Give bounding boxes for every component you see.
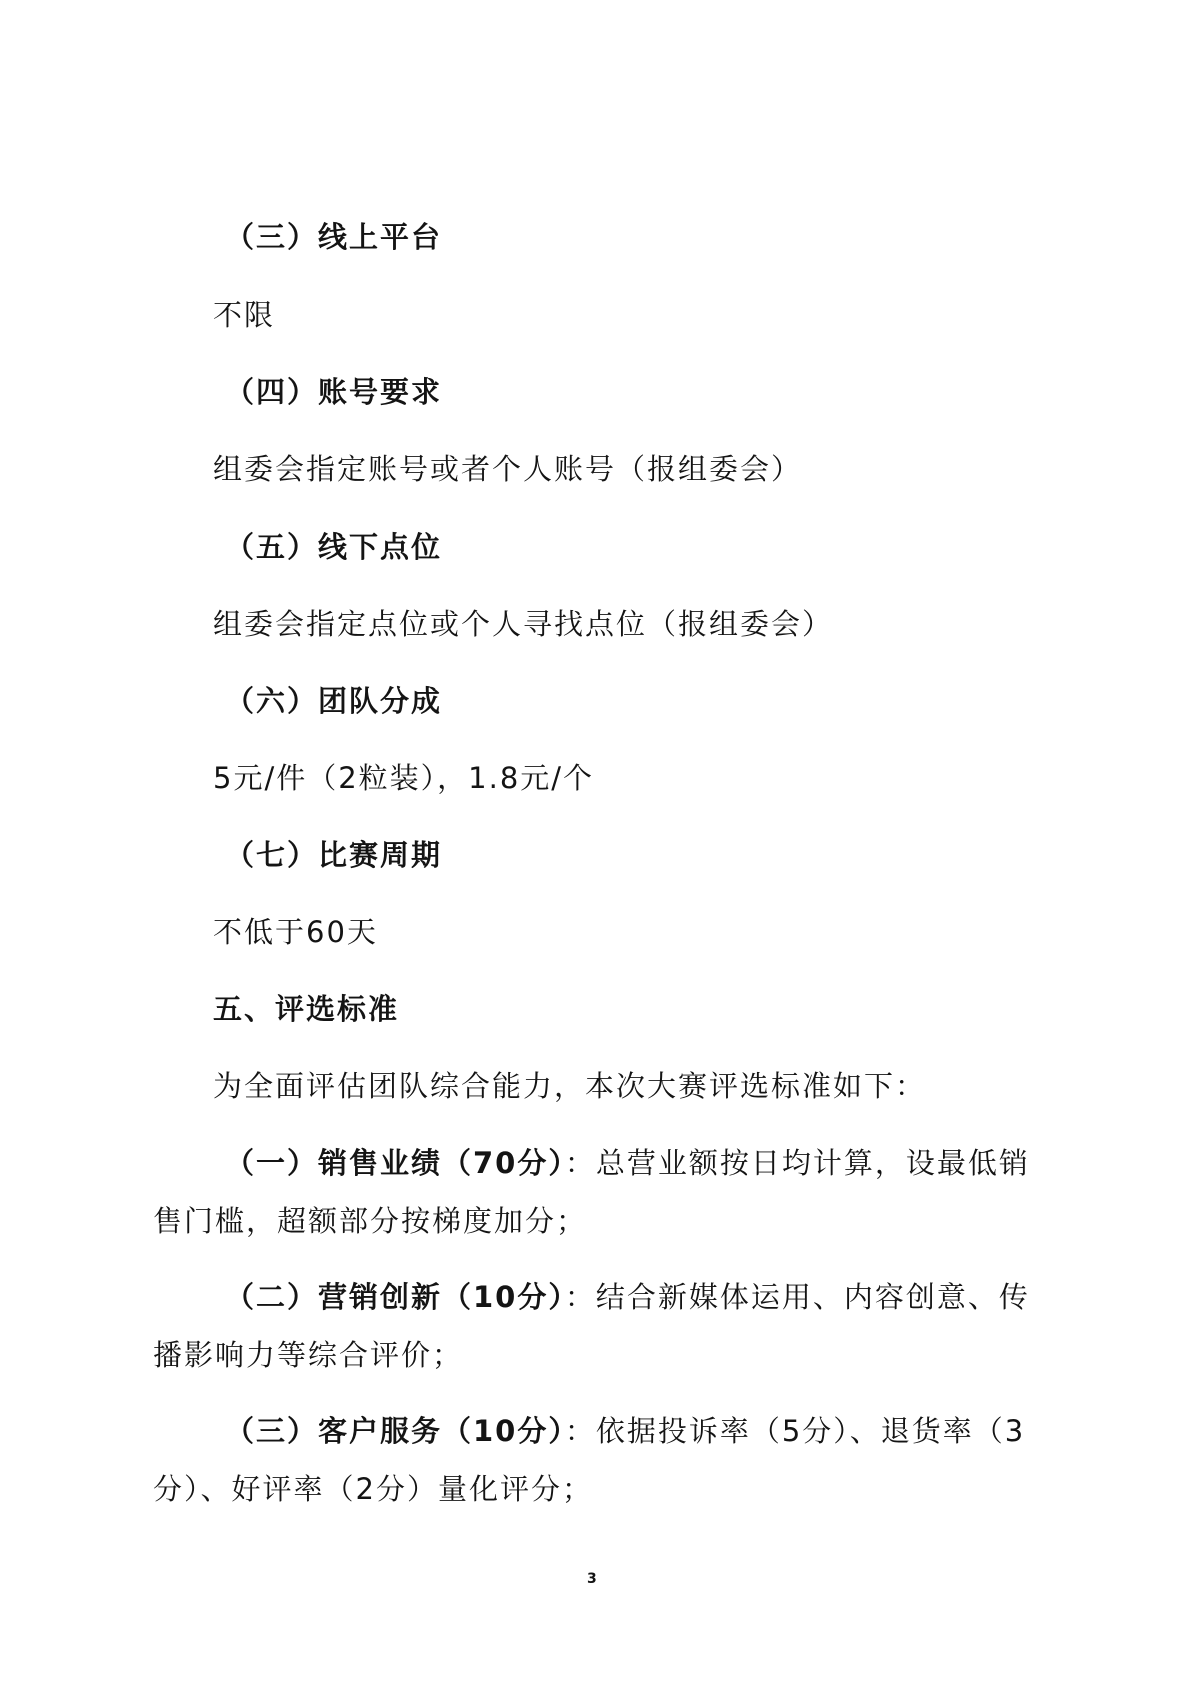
- paragraph-competition-period: 不低于60天: [213, 912, 378, 952]
- criterion-sales-line1: （一）销售业绩（70分）：总营业额按日均计算，设最低销: [225, 1143, 1030, 1183]
- criterion-sales-desc: ：总营业额按日均计算，设最低销: [565, 1146, 1030, 1180]
- paragraph-offline-locations: 组委会指定点位或个人寻找点位（报组委会）: [213, 604, 833, 644]
- section-heading-evaluation-criteria: 五、评选标准: [213, 989, 399, 1029]
- paragraph-online-platform: 不限: [213, 295, 275, 335]
- paragraph-team-commission: 5元/件（2粒装），1.8元/个: [213, 758, 594, 798]
- criterion-sales-line2: 售门槛，超额部分按梯度加分；: [153, 1201, 587, 1241]
- criterion-marketing-label: （二）营销创新（10分）: [225, 1280, 565, 1314]
- criterion-service-line1: （三）客户服务（10分）：依据投诉率（5分）、退货率（3: [225, 1411, 1025, 1451]
- criterion-marketing-line1: （二）营销创新（10分）：结合新媒体运用、内容创意、传: [225, 1277, 1030, 1317]
- criterion-marketing-desc: ：结合新媒体运用、内容创意、传: [565, 1280, 1030, 1314]
- criterion-sales-label: （一）销售业绩（70分）: [225, 1146, 565, 1180]
- subheading-offline-locations: （五）线下点位: [225, 527, 442, 567]
- subheading-team-commission: （六）团队分成: [225, 681, 442, 721]
- subheading-competition-period: （七）比赛周期: [225, 835, 442, 875]
- subheading-account-requirement: （四）账号要求: [225, 372, 442, 412]
- page-number: 3: [587, 1571, 597, 1587]
- criterion-service-desc: ：依据投诉率（5分）、退货率（3: [565, 1414, 1025, 1448]
- subheading-online-platform: （三）线上平台: [225, 217, 442, 257]
- paragraph-account-requirement: 组委会指定账号或者个人账号（报组委会）: [213, 449, 802, 489]
- paragraph-evaluation-intro: 为全面评估团队综合能力，本次大赛评选标准如下：: [213, 1066, 926, 1106]
- criterion-service-label: （三）客户服务（10分）: [225, 1414, 565, 1448]
- criterion-marketing-line2: 播影响力等综合评价；: [153, 1335, 463, 1375]
- criterion-service-line2: 分）、好评率（2分）量化评分；: [153, 1469, 593, 1509]
